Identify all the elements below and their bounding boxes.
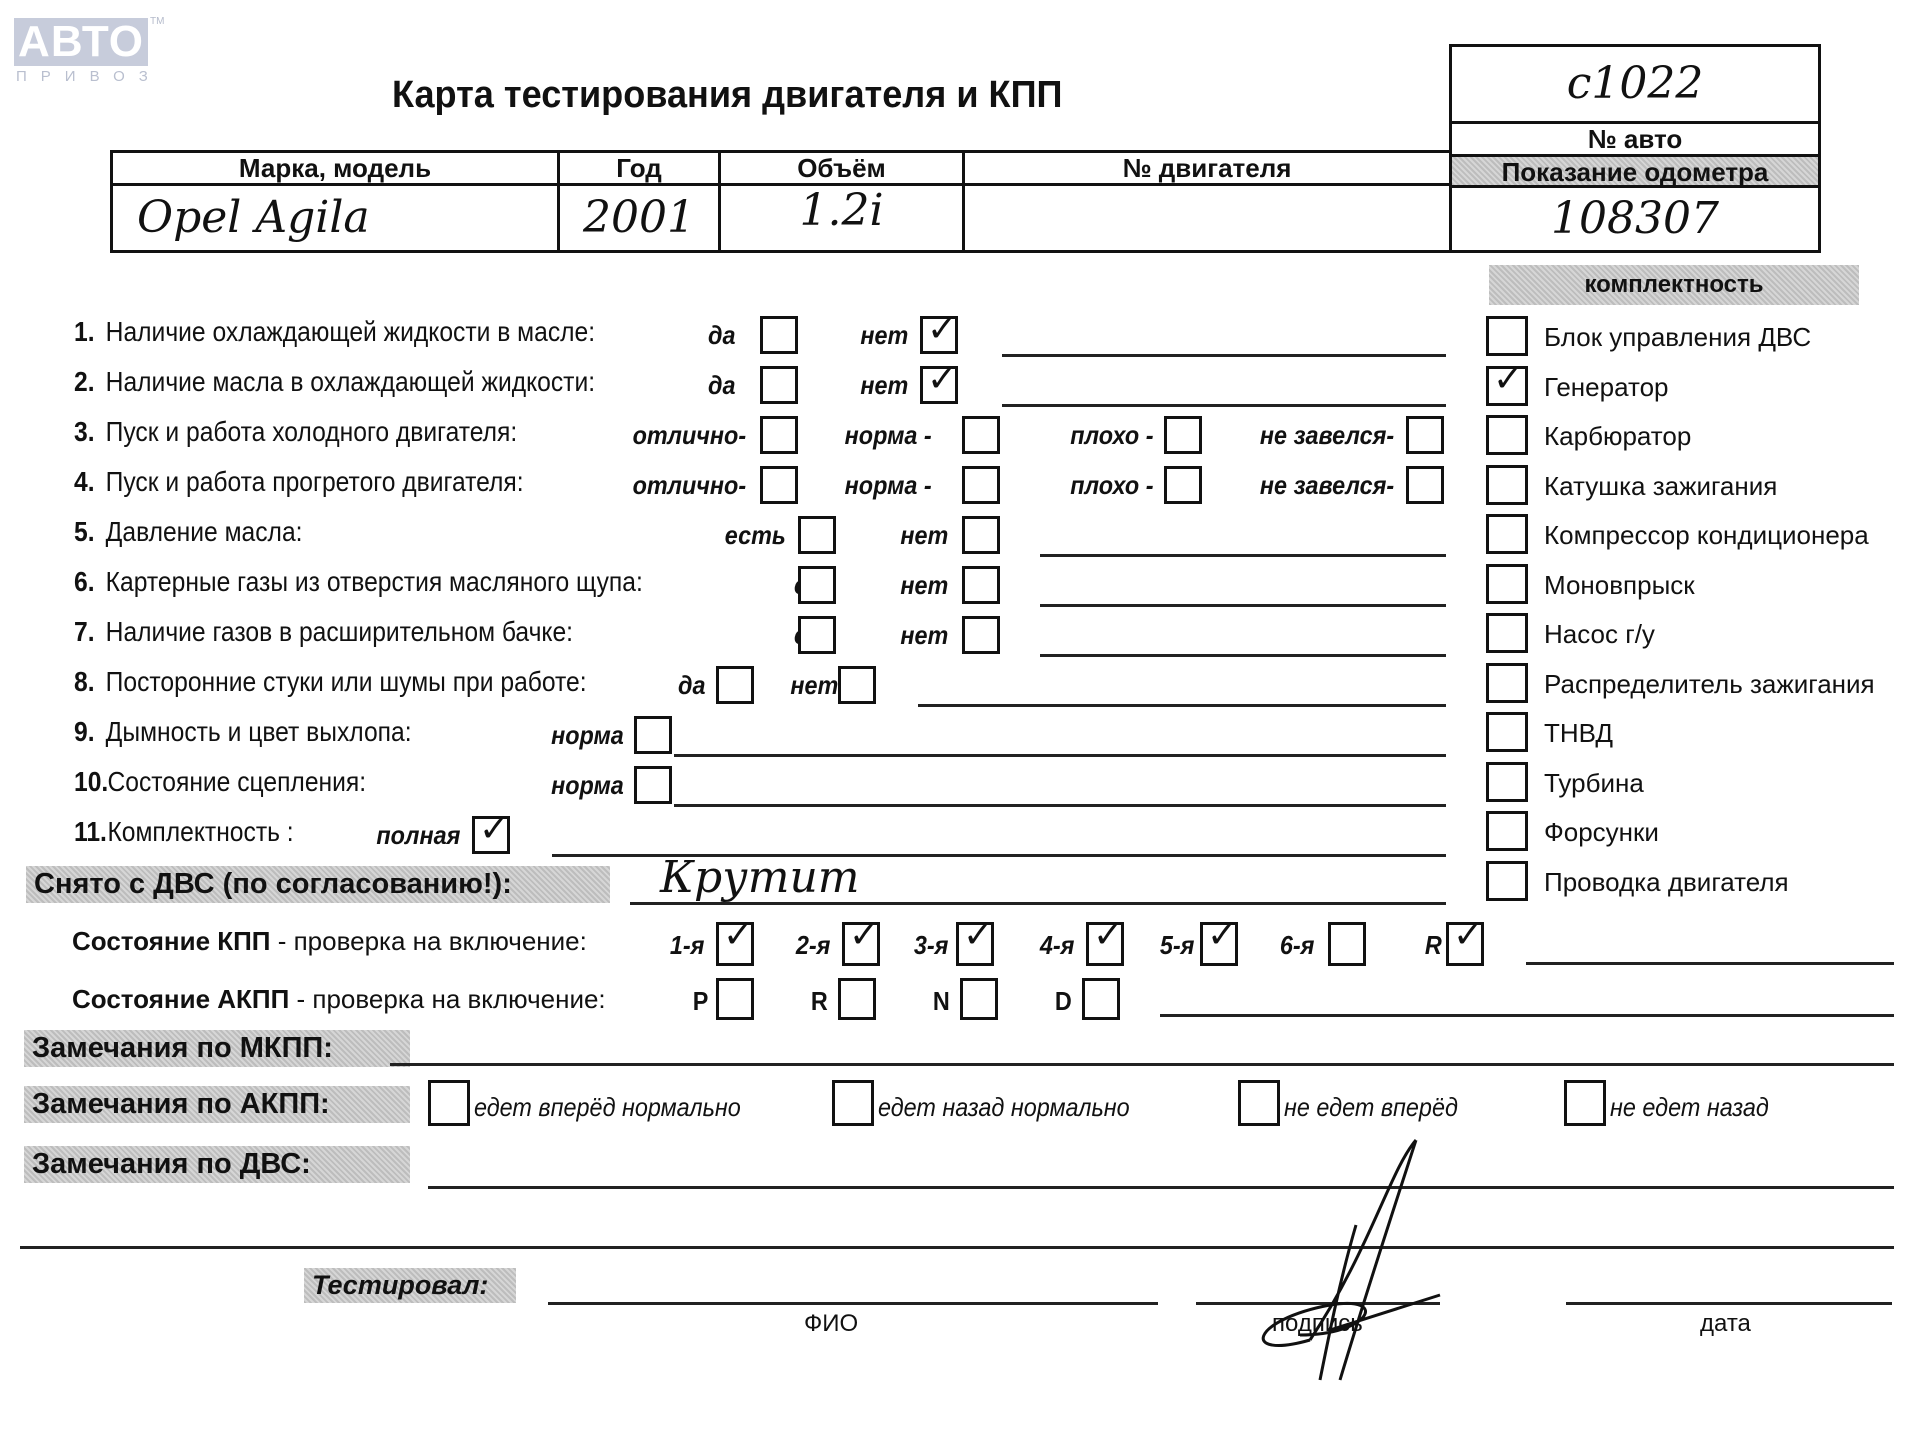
- auto-gear-checkbox-2[interactable]: [838, 978, 876, 1020]
- kit-checkbox-4[interactable]: [1486, 465, 1528, 505]
- kit-checkbox-10[interactable]: [1486, 762, 1528, 802]
- note-line: [674, 754, 1446, 757]
- kit-item-label: Компрессор кондиционера: [1544, 520, 1869, 551]
- option-label: да: [709, 320, 736, 351]
- note-line: [674, 804, 1446, 807]
- name-line: [548, 1302, 1158, 1305]
- check-number: 9.: [74, 716, 106, 748]
- akpp-remark-label: не едет назад: [1610, 1092, 1769, 1123]
- kit-item-label: ТНВД: [1544, 718, 1613, 749]
- note-line: [1002, 354, 1446, 357]
- checkbox-2-2[interactable]: [920, 366, 958, 404]
- checkbox-4-4[interactable]: [1406, 466, 1444, 504]
- manual-gearbox-label: Состояние КПП - проверка на включение:: [72, 926, 587, 957]
- name-caption: ФИО: [804, 1310, 858, 1338]
- kit-item-label: Форсунки: [1544, 817, 1659, 848]
- car-no-value: c1022: [1567, 58, 1704, 109]
- checkbox-9-1[interactable]: [634, 716, 672, 754]
- check-label: Картерные газы из отверстия масляного щу…: [106, 566, 643, 597]
- make-model-value: Opel Agila: [137, 192, 370, 243]
- gear-checkbox-1[interactable]: [716, 922, 754, 966]
- kit-item-label: Проводка двигателя: [1544, 867, 1789, 898]
- check-number: 6.: [74, 566, 106, 598]
- kit-checkbox-3[interactable]: [1486, 415, 1528, 455]
- odometer-field[interactable]: 108307: [1449, 185, 1821, 253]
- akpp-remark-checkbox-3[interactable]: [1238, 1080, 1280, 1126]
- option-label: нет: [900, 620, 948, 651]
- note-line: [1040, 554, 1446, 557]
- kit-heading: комплектность: [1489, 265, 1859, 305]
- check-row-5: 5.Давление масла:: [74, 516, 302, 548]
- signature-scribble: [1220, 1130, 1450, 1410]
- checkbox-5-1[interactable]: [798, 516, 836, 554]
- kit-item-label: Моновпрыск: [1544, 570, 1695, 601]
- check-number: 5.: [74, 516, 106, 548]
- akpp-remark-checkbox-1[interactable]: [428, 1080, 470, 1126]
- option-label: нет: [790, 670, 838, 701]
- kit-checkbox-6[interactable]: [1486, 564, 1528, 604]
- check-label: Наличие охлаждающей жидкости в масле:: [106, 316, 595, 347]
- gear-label: 2-я: [795, 930, 830, 961]
- checkbox-6-1[interactable]: [798, 566, 836, 604]
- removed-line: [630, 902, 1446, 905]
- note-line: [918, 704, 1446, 707]
- check-number: 8.: [74, 666, 106, 698]
- check-label: Пуск и работа холодного двигателя:: [106, 416, 518, 447]
- gear-label: 3-я: [913, 930, 948, 961]
- kit-checkbox-11[interactable]: [1486, 811, 1528, 851]
- check-number: 7.: [74, 616, 106, 648]
- checkbox-4-3[interactable]: [1164, 466, 1202, 504]
- gear-checkbox-5[interactable]: [1200, 922, 1238, 966]
- checkbox-5-2[interactable]: [962, 516, 1000, 554]
- check-label: Давление масла:: [106, 516, 303, 547]
- gear-checkbox-7[interactable]: [1446, 922, 1484, 966]
- removed-label: Снято с ДВС (по согласованию!):: [26, 866, 610, 903]
- engine-no-field[interactable]: [962, 183, 1452, 253]
- odometer-header: Показание одометра: [1449, 154, 1821, 188]
- volume-header: Объём: [718, 150, 965, 186]
- checkbox-8-1[interactable]: [716, 666, 754, 704]
- checkbox-2-1[interactable]: [760, 366, 798, 404]
- car-no-label: № авто: [1588, 124, 1683, 154]
- option-label: полная: [376, 820, 460, 851]
- auto-gear-label: N: [933, 986, 950, 1017]
- auto-gear-checkbox-4[interactable]: [1082, 978, 1120, 1020]
- auto-gearbox-line: [1160, 1014, 1894, 1017]
- check-number: 11.: [74, 816, 107, 848]
- car-no-header: № авто: [1449, 121, 1821, 157]
- removed-value[interactable]: Крутит: [660, 852, 860, 903]
- date-line: [1566, 1302, 1892, 1305]
- note-line: [1040, 604, 1446, 607]
- option-label: не завелся-: [1260, 420, 1394, 451]
- option-label: норма: [551, 720, 624, 751]
- volume-field[interactable]: 1.2i: [718, 183, 965, 253]
- option-label: отлично-: [632, 420, 746, 451]
- gear-label: 5-я: [1159, 930, 1194, 961]
- kit-checkbox-9[interactable]: [1486, 712, 1528, 752]
- option-label: норма -: [845, 420, 932, 451]
- checkbox-4-1[interactable]: [760, 466, 798, 504]
- check-label: Наличие газов в расширительном бачке:: [106, 616, 573, 647]
- volume-label: Объём: [797, 153, 886, 183]
- kit-checkbox-7[interactable]: [1486, 613, 1528, 653]
- mkpp-remarks-label: Замечания по МКПП:: [24, 1030, 410, 1067]
- dvs-remarks-line-2: [20, 1246, 1894, 1249]
- check-row-2: 2.Наличие масла в охлаждающей жидкости:: [74, 366, 595, 398]
- auto-gear-label: D: [1055, 986, 1072, 1017]
- checkbox-3-2[interactable]: [962, 416, 1000, 454]
- logo-subtitle: ПРИВОЗ: [16, 68, 162, 85]
- auto-gear-label: R: [811, 986, 828, 1017]
- checkbox-7-1[interactable]: [798, 616, 836, 654]
- volume-value: 1.2i: [799, 185, 883, 236]
- check-number: 1.: [74, 316, 106, 348]
- tested-by-label: Тестировал:: [304, 1268, 516, 1303]
- gear-checkbox-6[interactable]: [1328, 922, 1366, 966]
- logo-trademark: TM: [150, 16, 164, 27]
- kit-item-label: Турбина: [1544, 768, 1644, 799]
- checkbox-3-3[interactable]: [1164, 416, 1202, 454]
- checkbox-6-2[interactable]: [962, 566, 1000, 604]
- gear-label: 4-я: [1039, 930, 1074, 961]
- checkbox-3-1[interactable]: [760, 416, 798, 454]
- option-label: нет: [860, 370, 908, 401]
- check-number: 10.: [74, 766, 107, 798]
- kit-item-label: Насос г/у: [1544, 619, 1655, 650]
- dvs-remarks-label: Замечания по ДВС:: [24, 1146, 410, 1183]
- check-label: Состояние сцепления:: [107, 766, 366, 797]
- check-row-10: 10.Состояние сцепления:: [74, 766, 366, 798]
- check-label: Пуск и работа прогретого двигателя:: [106, 466, 524, 497]
- year-label: Год: [616, 153, 662, 183]
- gear-label: 6-я: [1279, 930, 1314, 961]
- akpp-remark-label: не едет вперёд: [1284, 1092, 1458, 1123]
- checkbox-8-2[interactable]: [838, 666, 876, 704]
- check-number: 4.: [74, 466, 106, 498]
- auto-gear-checkbox-1[interactable]: [716, 978, 754, 1020]
- option-label: да: [679, 670, 706, 701]
- check-row-4: 4.Пуск и работа прогретого двигателя:: [74, 466, 524, 498]
- check-row-7: 7.Наличие газов в расширительном бачке:: [74, 616, 573, 648]
- note-line: [1002, 404, 1446, 407]
- checkbox-4-2[interactable]: [962, 466, 1000, 504]
- check-row-9: 9.Дымность и цвет выхлопа:: [74, 716, 412, 748]
- manual-gearbox-label-rest: - проверка на включение:: [271, 926, 587, 956]
- checkbox-1-2[interactable]: [920, 316, 958, 354]
- option-label: отлично-: [632, 470, 746, 501]
- check-row-6: 6.Картерные газы из отверстия масляного …: [74, 566, 643, 598]
- kit-item-label: Генератор: [1544, 372, 1669, 403]
- odometer-value: 108307: [1551, 193, 1719, 244]
- kit-checkbox-1[interactable]: [1486, 316, 1528, 356]
- gear-checkbox-3[interactable]: [956, 922, 994, 966]
- akpp-remarks-label: Замечания по АКПП:: [24, 1086, 410, 1123]
- kit-checkbox-12[interactable]: [1486, 861, 1528, 901]
- mkpp-remarks-line: [390, 1063, 1894, 1066]
- avtoprivoz-logo: АВТО: [14, 18, 148, 66]
- auto-gearbox-label-bold: Состояние АКПП: [72, 984, 289, 1014]
- auto-gearbox-label-rest: - проверка на включение:: [289, 984, 605, 1014]
- auto-gear-checkbox-3[interactable]: [960, 978, 998, 1020]
- check-row-11: 11.Комплектность :: [74, 816, 294, 848]
- option-label: есть: [725, 520, 786, 551]
- year-field[interactable]: 2001: [557, 183, 721, 253]
- akpp-remark-label: едет назад нормально: [878, 1092, 1130, 1123]
- akpp-remark-label: едет вперёд нормально: [474, 1092, 741, 1123]
- akpp-remark-checkbox-4[interactable]: [1564, 1080, 1606, 1126]
- checkbox-11-1[interactable]: [472, 816, 510, 854]
- gear-label: 1-я: [669, 930, 704, 961]
- option-label: нет: [900, 520, 948, 551]
- manual-gearbox-label-bold: Состояние КПП: [72, 926, 271, 956]
- gear-checkbox-4[interactable]: [1086, 922, 1124, 966]
- year-value: 2001: [583, 192, 695, 243]
- manual-gearbox-line: [1526, 962, 1894, 965]
- check-label: Дымность и цвет выхлопа:: [106, 716, 412, 747]
- auto-gear-label: P: [692, 986, 708, 1017]
- kit-heading-label: комплектность: [1584, 271, 1763, 298]
- check-row-8: 8.Посторонние стуки или шумы при работе:: [74, 666, 587, 698]
- option-label: плохо -: [1071, 420, 1154, 451]
- option-label: плохо -: [1071, 470, 1154, 501]
- gear-label: R: [1425, 930, 1442, 961]
- kit-checkbox-8[interactable]: [1486, 663, 1528, 703]
- check-label: Наличие масла в охлаждающей жидкости:: [106, 366, 595, 397]
- year-header: Год: [557, 150, 721, 186]
- gear-checkbox-2[interactable]: [842, 922, 880, 966]
- engine-no-header: № двигателя: [962, 150, 1452, 186]
- car-no-field[interactable]: c1022: [1449, 44, 1821, 124]
- checkbox-3-4[interactable]: [1406, 416, 1444, 454]
- check-row-1: 1.Наличие охлаждающей жидкости в масле:: [74, 316, 595, 348]
- kit-item-label: Катушка зажигания: [1544, 471, 1777, 502]
- check-row-3: 3.Пуск и работа холодного двигателя:: [74, 416, 517, 448]
- option-label: да: [709, 370, 736, 401]
- check-label: Посторонние стуки или шумы при работе:: [106, 666, 587, 697]
- make-model-field[interactable]: Opel Agila: [110, 183, 560, 253]
- make-model-header: Марка, модель: [110, 150, 560, 186]
- option-label: норма -: [845, 470, 932, 501]
- checkbox-7-2[interactable]: [962, 616, 1000, 654]
- option-label: нет: [860, 320, 908, 351]
- checkbox-1-1[interactable]: [760, 316, 798, 354]
- check-number: 3.: [74, 416, 106, 448]
- kit-item-label: Карбюратор: [1544, 421, 1691, 452]
- note-line: [1040, 654, 1446, 657]
- engine-no-label: № двигателя: [1123, 153, 1292, 183]
- date-caption: дата: [1700, 1310, 1751, 1338]
- akpp-remark-checkbox-2[interactable]: [832, 1080, 874, 1126]
- make-model-label: Марка, модель: [239, 153, 431, 183]
- check-label: Комплектность :: [107, 816, 293, 847]
- option-label: не завелся-: [1260, 470, 1394, 501]
- checkbox-10-1[interactable]: [634, 766, 672, 804]
- option-label: норма: [551, 770, 624, 801]
- dvs-remarks-line: [428, 1186, 1894, 1189]
- check-number: 2.: [74, 366, 106, 398]
- kit-item-label: Распределитель зажигания: [1544, 669, 1875, 700]
- kit-item-label: Блок управления ДВС: [1544, 322, 1811, 353]
- auto-gearbox-label: Состояние АКПП - проверка на включение:: [72, 984, 606, 1015]
- kit-checkbox-2[interactable]: [1486, 366, 1528, 406]
- page-title: Карта тестирования двигателя и КПП: [392, 74, 1062, 117]
- option-label: нет: [900, 570, 948, 601]
- kit-checkbox-5[interactable]: [1486, 514, 1528, 554]
- odometer-label: Показание одометра: [1502, 157, 1769, 187]
